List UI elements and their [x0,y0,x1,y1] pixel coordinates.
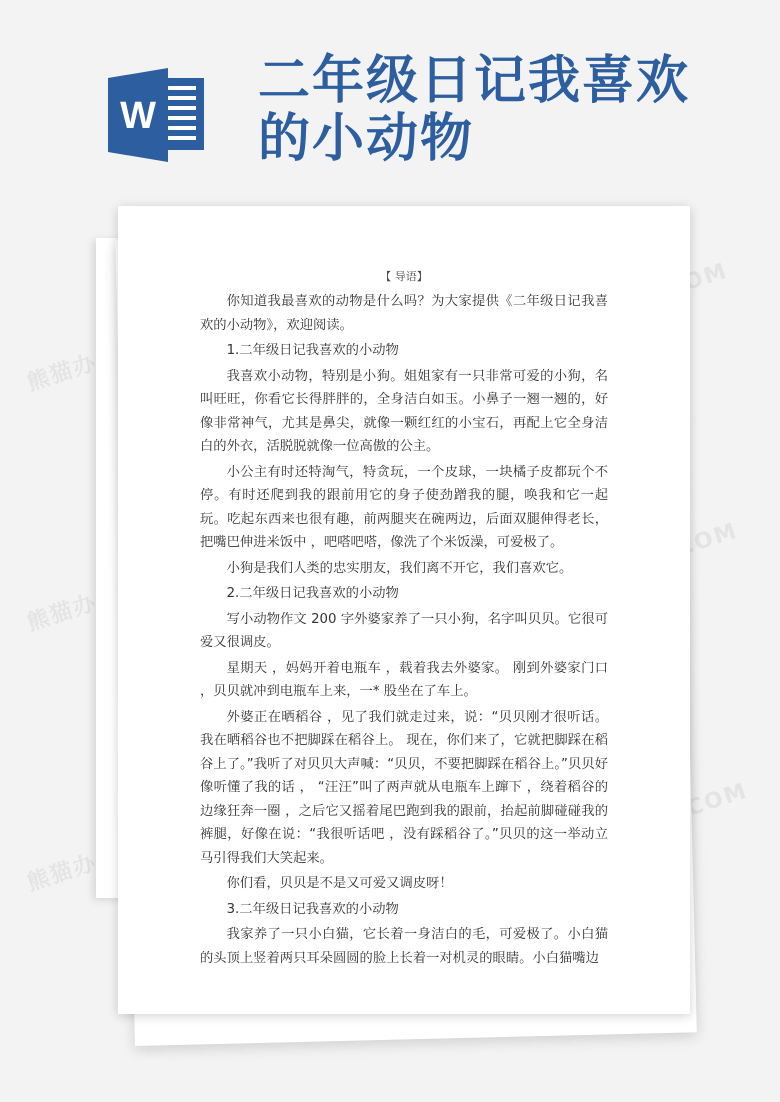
word-icon-letter: W [120,95,156,137]
paragraph: 我喜欢小动物，特别是小狗。姐姐家有一只非常可爱的小狗，名叫旺旺，你看它长得胖胖的… [200,365,608,459]
paragraph: 小狗是我们人类的忠实朋友，我们离不开它，我们喜欢它。 [200,557,608,581]
word-app-icon: W [108,68,208,162]
section-heading: 1.二年级日记我喜欢的小动物 [200,339,608,363]
title-line-1: 二年级日记我喜欢 [258,52,758,110]
paragraph: 你们看，贝贝是不是又可爱又调皮呀！ [200,872,608,896]
intro-paragraph: 你知道我最喜欢的动物是什么吗？为大家提供《二年级日记我喜欢的小动物》，欢迎阅读。 [200,290,608,337]
paragraph: 我家养了一只小白猫，它长着一身洁白的毛，可爱极了。小白猫的头顶上竖着两只耳朵圆圆… [200,923,608,970]
document-content: 【 导语】 你知道我最喜欢的动物是什么吗？为大家提供《二年级日记我喜欢的小动物》… [200,268,608,972]
title-line-2: 的小动物 [258,110,758,168]
paragraph: 星期天 ，妈妈开着电瓶车 ，载着我去外婆家。 刚到外婆家门口 ，贝贝就冲到电瓶车… [200,657,608,704]
section-heading: 2.二年级日记我喜欢的小动物 [200,582,608,606]
section-heading: 3.二年级日记我喜欢的小动物 [200,898,608,922]
paragraph: 写小动物作文 200 字外婆家养了一只小狗，名字叫贝贝。它很可爱又很调皮。 [200,608,608,655]
document-page: 【 导语】 你知道我最喜欢的动物是什么吗？为大家提供《二年级日记我喜欢的小动物》… [118,206,690,1014]
paragraph: 小公主有时还特淘气，特贪玩，一个皮球，一块橘子皮都玩个不停。有时还爬到我的跟前用… [200,461,608,555]
lead-tag: 【 导语】 [200,268,608,286]
page-title: 二年级日记我喜欢 的小动物 [258,52,758,168]
paragraph: 外婆正在晒稻谷 ，见了我们就走过来，说：“贝贝刚才很听话。我在晒稻谷也不把脚踩在… [200,706,608,871]
